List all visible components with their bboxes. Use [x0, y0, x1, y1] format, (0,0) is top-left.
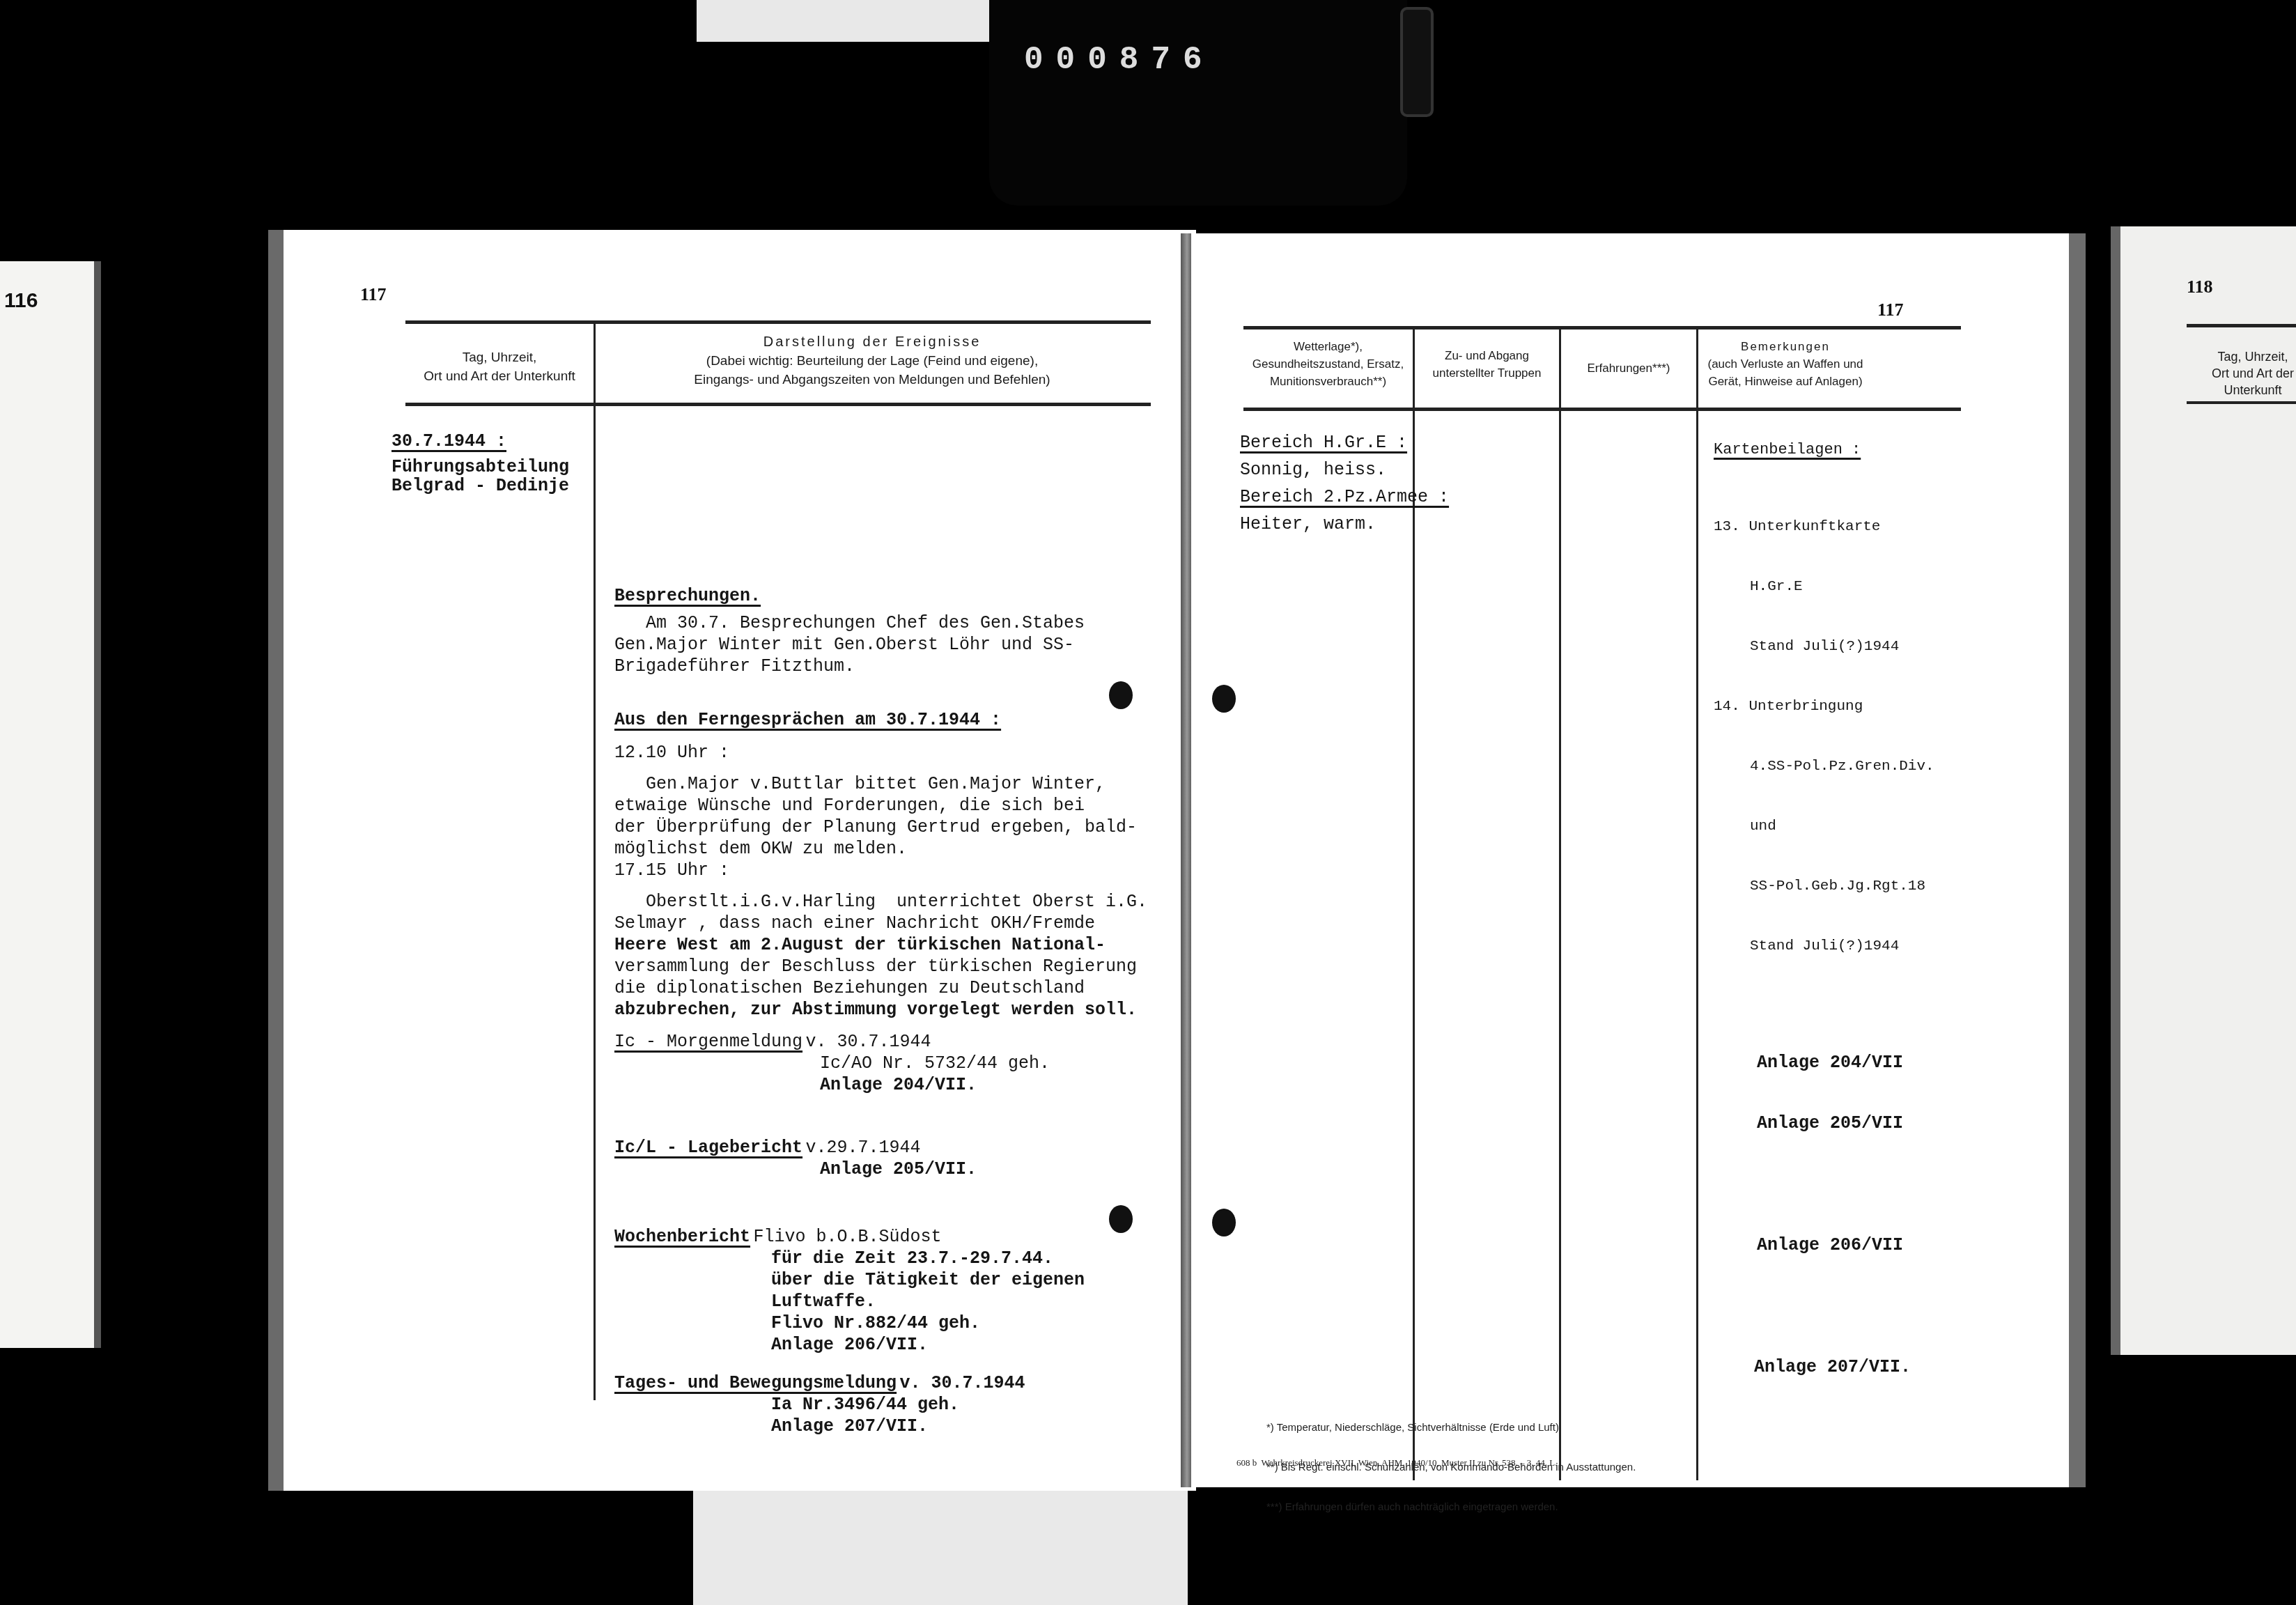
previous-page-edge: 116	[0, 261, 101, 1348]
anlage-reference: Anlage 205/VII	[1757, 1112, 1903, 1134]
column-header-date: Tag, Uhrzeit, Ort und Art der Unterkunft	[405, 348, 594, 386]
section-ic-lagebericht: Ic/L - Lagebericht v.29.7.1944 Anlage 20…	[614, 1137, 977, 1180]
remarks-map-attachments: Kartenbeilagen : 13. Unterkunftkarte H.G…	[1714, 439, 1934, 998]
anlage-reference: Anlage 207/VII.	[1754, 1356, 1911, 1378]
column-divider	[1559, 327, 1561, 1480]
column-header-experience: Erfahrungen***)	[1561, 359, 1696, 378]
column-header: Tag, Uhrzeit, Ort und Art der Unterkunft	[2187, 324, 2296, 404]
punch-hole	[1212, 685, 1236, 713]
table-top-rule	[405, 320, 1151, 324]
page-number: 118	[2187, 277, 2213, 297]
frame-counter-device	[989, 0, 1407, 206]
next-page-edge: 118 Tag, Uhrzeit, Ort und Art der Unterk…	[2111, 226, 2296, 1355]
page-number: 117	[360, 284, 387, 305]
anlage-reference: Anlage 204/VII	[1757, 1052, 1903, 1073]
anlage-reference: Anlage 206/VII	[1757, 1234, 1903, 1256]
table-top-rule	[1243, 326, 1961, 329]
counter-knob-icon	[1400, 7, 1434, 117]
weather-entries: Bereich H.Gr.E : Sonnig, heiss. Bereich …	[1240, 432, 1449, 535]
table-header-rule	[405, 403, 1151, 406]
entry-location: Belgrad - Dedinje	[391, 475, 569, 497]
entry-date: 30.7.1944 :	[391, 431, 506, 452]
column-divider	[594, 320, 596, 1400]
punch-hole	[1109, 1205, 1133, 1233]
punch-hole	[1212, 1209, 1236, 1236]
left-page: 117 Tag, Uhrzeit, Ort und Art der Unterk…	[268, 230, 1196, 1491]
frame-counter-digits: 000876	[1024, 42, 1215, 78]
table-header-rule	[1243, 408, 1961, 411]
column-header-weather: Wetterlage*), Gesundheitszustand, Ersatz…	[1243, 338, 1413, 390]
section-wochenbericht: Wochenbericht Flivo b.O.B.Südost für die…	[614, 1226, 1085, 1356]
right-page: 117 Wetterlage*), Gesundheitszustand, Er…	[1191, 233, 2086, 1487]
page-number: 116	[4, 289, 38, 313]
column-divider	[1696, 327, 1698, 1480]
page-number: 117	[1877, 300, 1904, 320]
printer-imprint: 608 b Wehrkreisdruckerei XVII, Wien. AHM…	[1236, 1456, 1557, 1469]
section-besprechungen: Besprechungen. Am 30.7. Besprechungen Ch…	[614, 585, 1085, 677]
bottom-paper-tab	[693, 1484, 1188, 1605]
section-ferngespraeche: Aus den Ferngesprächen am 30.7.1944 : 12…	[614, 709, 1147, 1021]
column-header-remarks: Bemerkungen (auch Verluste an Waffen und…	[1698, 338, 1872, 390]
section-ic-morgenmeldung: Ic - Morgenmeldung v. 30.7.1944 Ic/AO Nr…	[614, 1031, 1050, 1096]
section-tagesmeldung: Tages- und Bewegungsmeldung v. 30.7.1944…	[614, 1372, 1025, 1437]
column-header-events: Darstellung der Ereignisse (Dabei wichti…	[594, 333, 1151, 389]
column-header-troops: Zu- und Abgang unterstellter Truppen	[1415, 347, 1559, 382]
punch-hole	[1109, 681, 1133, 709]
